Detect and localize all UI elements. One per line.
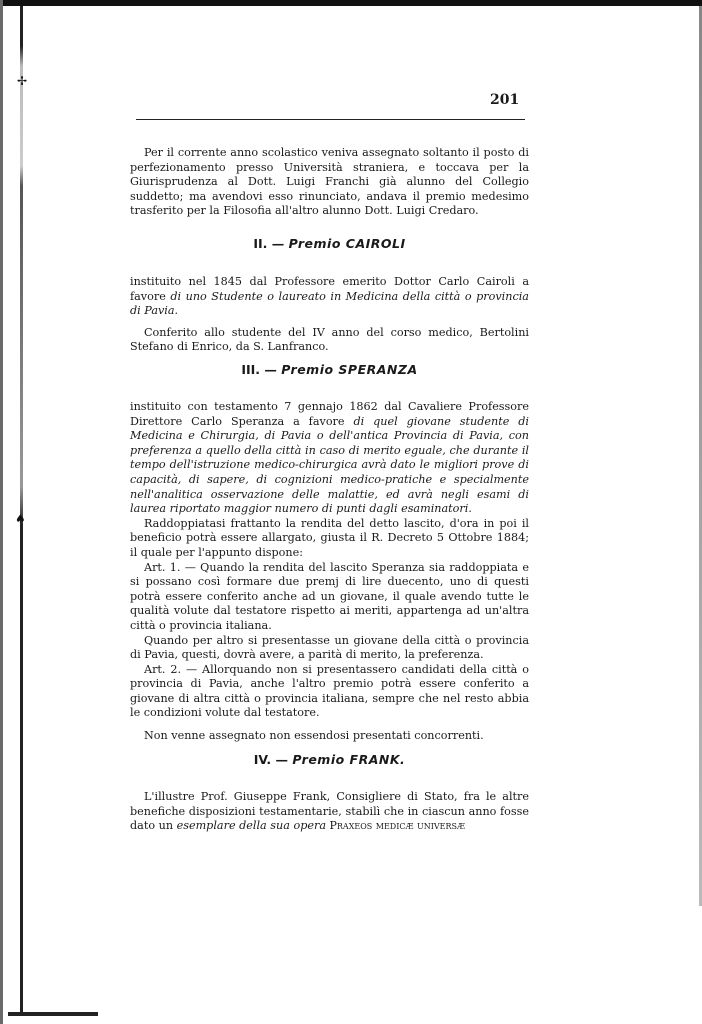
section-body-frank: L'illustre Prof. Giuseppe Frank, Consigl… (130, 790, 529, 834)
section-title: Premio SPERANZA (281, 362, 417, 377)
article-2: Art. 2. — Allorquando non si presentasse… (130, 663, 529, 721)
paragraph: Non venne assegnato non essendosi presen… (130, 729, 529, 744)
paragraph: Quando per altro si presentasse un giova… (130, 634, 529, 663)
paragraph: instituito con testamento 7 gennajo 1862… (130, 400, 529, 517)
section-heading-speranza: III. — Premio SPERANZA (130, 362, 529, 377)
section-title: Premio CAIROLI (289, 236, 406, 251)
intro-paragraph: Per il corrente anno scolastico veniva a… (130, 146, 529, 219)
section-body-cairoli: instituito nel 1845 dal Professore emeri… (130, 275, 529, 355)
page-number: 201 (490, 92, 519, 108)
paragraph: L'illustre Prof. Giuseppe Frank, Consigl… (130, 790, 529, 834)
intro-block: Per il corrente anno scolastico veniva a… (130, 146, 529, 219)
section-title: Premio FRANK. (292, 752, 405, 767)
header-rule (136, 119, 525, 120)
binding-mark: ✢ (17, 74, 27, 88)
section-numeral: IV. — (254, 752, 288, 767)
scan-left-edge (0, 0, 3, 1024)
paragraph: Raddoppiatasi frattanto la rendita del d… (130, 517, 529, 561)
section-numeral: III. — (241, 362, 277, 377)
binding-mark: ♠ (15, 512, 26, 526)
section-heading-frank: IV. — Premio FRANK. (130, 752, 529, 767)
text-italic: esemplare della sua opera (177, 819, 326, 832)
scan-top-border (0, 0, 702, 6)
section-numeral: II. — (253, 236, 284, 251)
text-italic: di quel giovane studente di Medicina e C… (130, 415, 529, 516)
page-binding-edge (20, 6, 23, 1016)
text-italic: di uno Studente o laureato in Medicina d… (130, 290, 529, 318)
section-heading-cairoli: II. — Premio CAIROLI (130, 236, 529, 251)
section-body-speranza: instituito con testamento 7 gennajo 1862… (130, 400, 529, 744)
paragraph: instituito nel 1845 dal Professore emeri… (130, 275, 529, 319)
article-1: Art. 1. — Quando la rendita del lascito … (130, 561, 529, 634)
text-smallcaps: Praxeos medicæ universæ (326, 819, 465, 832)
paragraph: Conferito allo studente del IV anno del … (130, 326, 529, 355)
scan-bottom-corner (8, 1012, 98, 1016)
